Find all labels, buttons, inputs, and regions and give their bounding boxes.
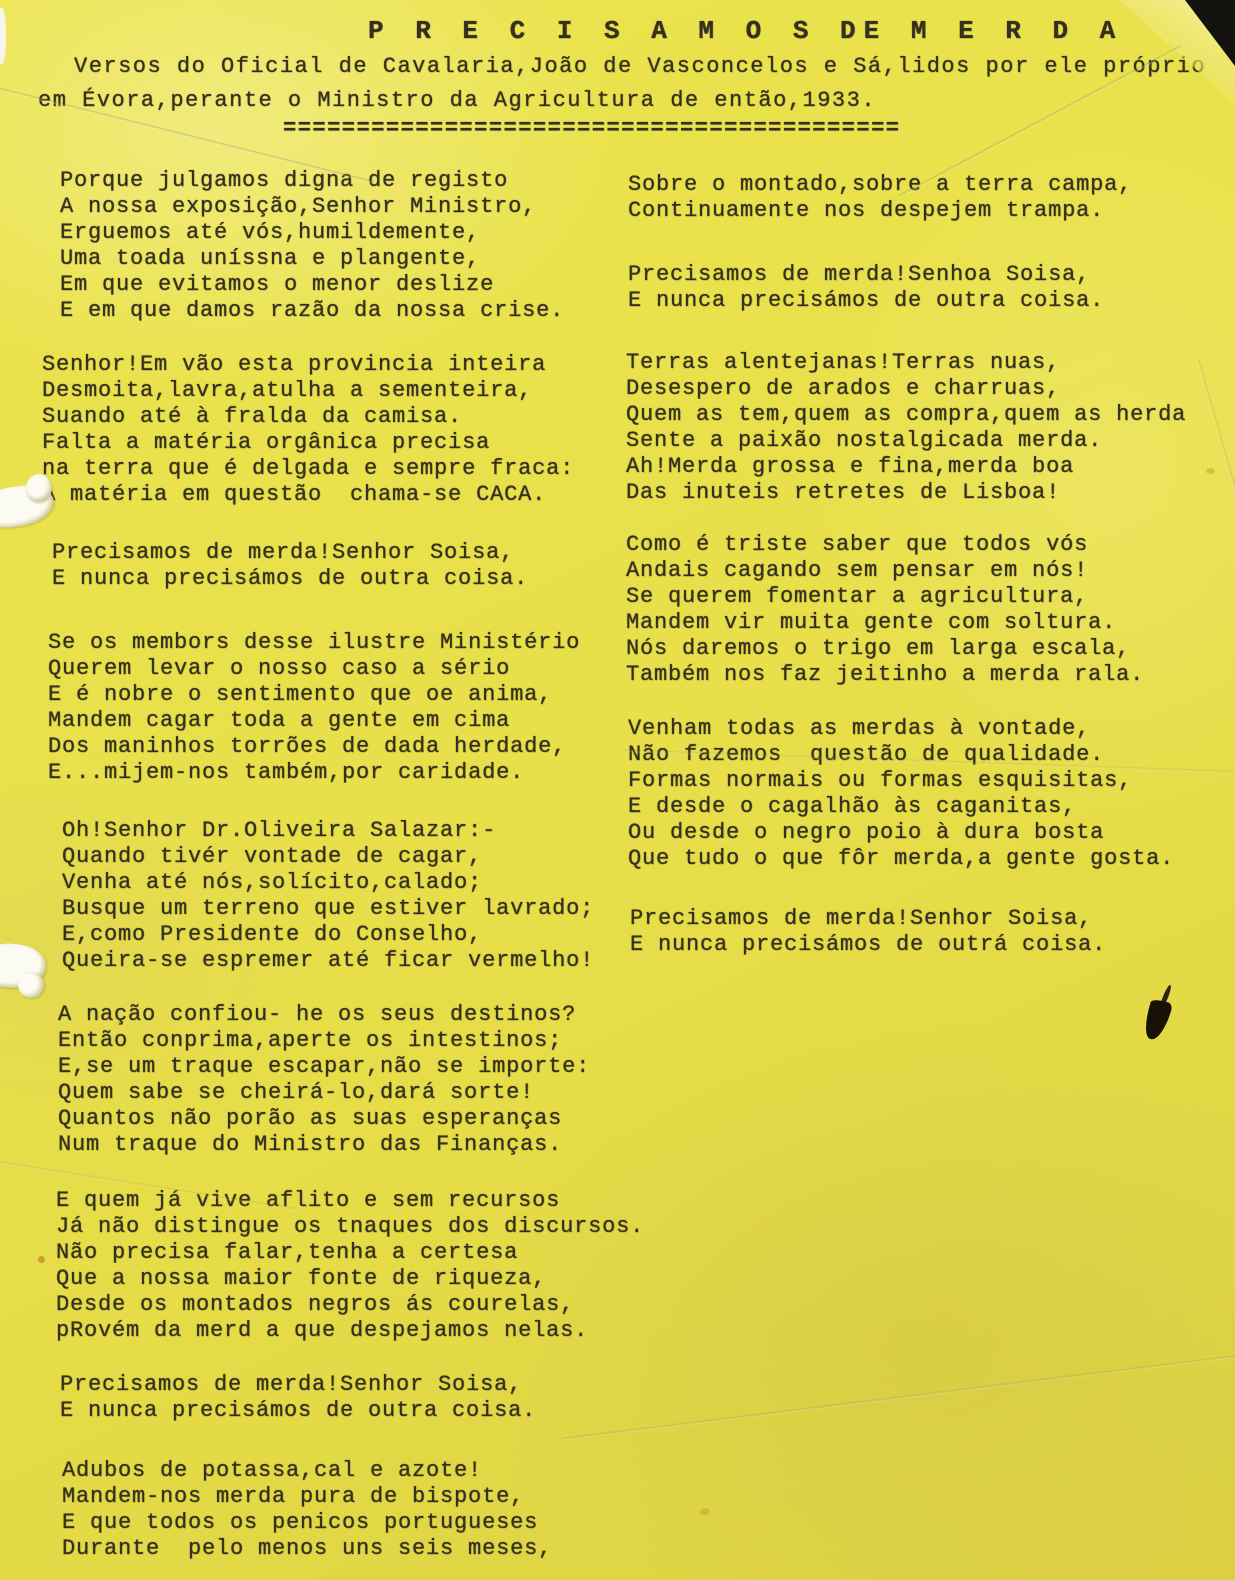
poem-line: Continuamente nos despejem trampa. xyxy=(628,198,1132,224)
stanza: Venham todas as merdas à vontade,Não faz… xyxy=(628,716,1174,872)
poem-line: Formas normais ou formas esquisitas, xyxy=(628,768,1174,794)
poem-line: Das inuteis retretes de Lisboa! xyxy=(626,480,1186,506)
poem-line: Num traque do Ministro das Finanças. xyxy=(58,1132,590,1158)
poem-line: A nação confiou- he os seus destinos? xyxy=(58,1002,590,1028)
poem-line: Oh!Senhor Dr.Oliveira Salazar:- xyxy=(62,818,594,844)
poem-line: A nossa exposição,Senhor Ministro, xyxy=(60,194,564,220)
poem-line: Nós daremos o trigo em larga escala, xyxy=(626,636,1144,662)
poem-line: Também nos faz jeitinho a merda rala. xyxy=(626,662,1144,688)
paper-stain xyxy=(700,1508,710,1515)
subtitle-line-1: Versos do Oficial de Cavalaria,João de V… xyxy=(74,54,1206,79)
poem-line: Mandem cagar toda a gente em cima xyxy=(48,708,580,734)
paper-crease xyxy=(1196,358,1235,724)
punch-hole-bottom-tear xyxy=(18,972,44,998)
stanza: Adubos de potassa,cal e azote!Mandem-nos… xyxy=(62,1458,552,1562)
poem-line: Porque julgamos digna de registo xyxy=(60,168,564,194)
page-title: P R E C I S A M O S DE M E R D A xyxy=(368,16,1123,46)
paper-stain xyxy=(38,1256,45,1263)
poem-line: Erguemos até vós,humildemente, xyxy=(60,220,564,246)
poem-line: Que a nossa maior fonte de riqueza, xyxy=(56,1266,644,1292)
poem-line: Então conprima,aperte os intestinos; xyxy=(58,1028,590,1054)
poem-line: E nunca precisámos de outra coisa. xyxy=(52,566,528,592)
poem-line: pRovém da merd a que despejamos nelas. xyxy=(56,1318,644,1344)
stanza: E quem já vive aflito e sem recursosJá n… xyxy=(56,1188,644,1344)
poem-line: Sente a paixão nostalgicada merda. xyxy=(626,428,1186,454)
poem-line: E nunca precisámos de outrá coisa. xyxy=(630,932,1106,958)
scanned-poem-page: P R E C I S A M O S DE M E R D A Versos … xyxy=(0,0,1235,1580)
poem-line: E nunca precisámos de outra coisa. xyxy=(628,288,1104,314)
poem-line: Desespero de arados e charruas, xyxy=(626,376,1186,402)
poem-line: Como é triste saber que todos vós xyxy=(626,532,1144,558)
stanza: Se os membors desse ilustre MinistérioQu… xyxy=(48,630,580,786)
stanza: Precisamos de merda!Senhor Soisa,E nunca… xyxy=(60,1372,536,1424)
stanza: Senhor!Em vão esta provincia inteiraDesm… xyxy=(42,352,574,508)
poem-line: Sobre o montado,sobre a terra campa, xyxy=(628,172,1132,198)
poem-line: E que todos os penicos portugueses xyxy=(62,1510,552,1536)
stanza: Sobre o montado,sobre a terra campa,Cont… xyxy=(628,172,1132,224)
stanza: Terras alentejanas!Terras nuas,Desespero… xyxy=(626,350,1186,506)
poem-line: E quem já vive aflito e sem recursos xyxy=(56,1188,644,1214)
poem-line: Não precisa falar,tenha a certesa xyxy=(56,1240,644,1266)
poem-line: Uma toada uníssna e plangente, xyxy=(60,246,564,272)
poem-line: E é nobre o sentimento que oe anima, xyxy=(48,682,580,708)
poem-line: E desde o cagalhão às caganitas, xyxy=(628,794,1174,820)
stanza: Porque julgamos digna de registoA nossa … xyxy=(60,168,564,324)
poem-line: E,como Presidente do Conselho, xyxy=(62,922,594,948)
poem-line: Precisamos de merda!Senhoa Soisa, xyxy=(628,262,1104,288)
subtitle-line-2: em Évora,perante o Ministro da Agricultu… xyxy=(38,88,876,113)
poem-line: Durante pelo menos uns seis meses, xyxy=(62,1536,552,1562)
stanza: Precisamos de merda!Senhor Soisa,E nunca… xyxy=(52,540,528,592)
torn-edge-sliver xyxy=(0,8,6,64)
poem-line: Ou desde o negro poio à dura bosta xyxy=(628,820,1174,846)
poem-line: E...mijem-nos também,por caridade. xyxy=(48,760,580,786)
stanza: Precisamos de merda!Senhoa Soisa,E nunca… xyxy=(628,262,1104,314)
poem-line: Desmoita,lavra,atulha a sementeira, xyxy=(42,378,574,404)
poem-line: E em que damos razão da nossa crise. xyxy=(60,298,564,324)
stanza: Precisamos de merda!Senhor Soisa,E nunca… xyxy=(630,906,1106,958)
poem-line: Busque um terreno que estiver lavrado; xyxy=(62,896,594,922)
poem-line: Dos maninhos torrões de dada herdade, xyxy=(48,734,580,760)
poem-line: Venha até nós,solícito,calado; xyxy=(62,870,594,896)
poem-line: Se os membors desse ilustre Ministério xyxy=(48,630,580,656)
poem-line: E,se um traque escapar,não se importe: xyxy=(58,1054,590,1080)
poem-line: Quantos não porão as suas esperanças xyxy=(58,1106,590,1132)
stanza: A nação confiou- he os seus destinos?Ent… xyxy=(58,1002,590,1158)
poem-line: Queira-se espremer até ficar vermelho! xyxy=(62,948,594,974)
stanza: Como é triste saber que todos vósAndais … xyxy=(626,532,1144,688)
poem-line: Falta a matéria orgânica precisa xyxy=(42,430,574,456)
poem-line: Quem sabe se cheirá-lo,dará sorte! xyxy=(58,1080,590,1106)
poem-line: Precisamos de merda!Senhor Soisa, xyxy=(60,1372,536,1398)
poem-line: Mandem-nos merda pura de bispote, xyxy=(62,1484,552,1510)
poem-line: Ah!Merda grossa e fina,merda boa xyxy=(626,454,1186,480)
poem-line: Já não distingue os tnaques dos discurso… xyxy=(56,1214,644,1240)
ink-blot xyxy=(1141,998,1173,1043)
poem-line: Que tudo o que fôr merda,a gente gosta. xyxy=(628,846,1174,872)
poem-line: Terras alentejanas!Terras nuas, xyxy=(626,350,1186,376)
stanza: Oh!Senhor Dr.Oliveira Salazar:-Quando ti… xyxy=(62,818,594,974)
poem-line: A matéria em questão chama-se CACA. xyxy=(42,482,574,508)
poem-line: E nunca precisámos de outra coisa. xyxy=(60,1398,536,1424)
paper-crease xyxy=(562,1352,1235,1440)
poem-line: na terra que é delgada e sempre fraca: xyxy=(42,456,574,482)
poem-line: Quando tivér vontade de cagar, xyxy=(62,844,594,870)
poem-line: Desde os montados negros ás courelas, xyxy=(56,1292,644,1318)
poem-line: Querem levar o nosso caso a sério xyxy=(48,656,580,682)
paper-stain xyxy=(1206,468,1215,474)
poem-line: Senhor!Em vão esta provincia inteira xyxy=(42,352,574,378)
poem-line: Suando até à fralda da camisa. xyxy=(42,404,574,430)
poem-line: Andais cagando sem pensar em nós! xyxy=(626,558,1144,584)
poem-line: Venham todas as merdas à vontade, xyxy=(628,716,1174,742)
poem-line: Adubos de potassa,cal e azote! xyxy=(62,1458,552,1484)
poem-line: Se querem fomentar a agricultura, xyxy=(626,584,1144,610)
poem-line: Quem as tem,quem as compra,quem as herda xyxy=(626,402,1186,428)
poem-line: Precisamos de merda!Senhor Soisa, xyxy=(52,540,528,566)
poem-line: Mandem vir muita gente com soltura. xyxy=(626,610,1144,636)
poem-line: Precisamos de merda!Senhor Soisa, xyxy=(630,906,1106,932)
poem-line: Em que evitamos o menor deslize xyxy=(60,272,564,298)
divider-line: ========================================… xyxy=(283,116,901,141)
